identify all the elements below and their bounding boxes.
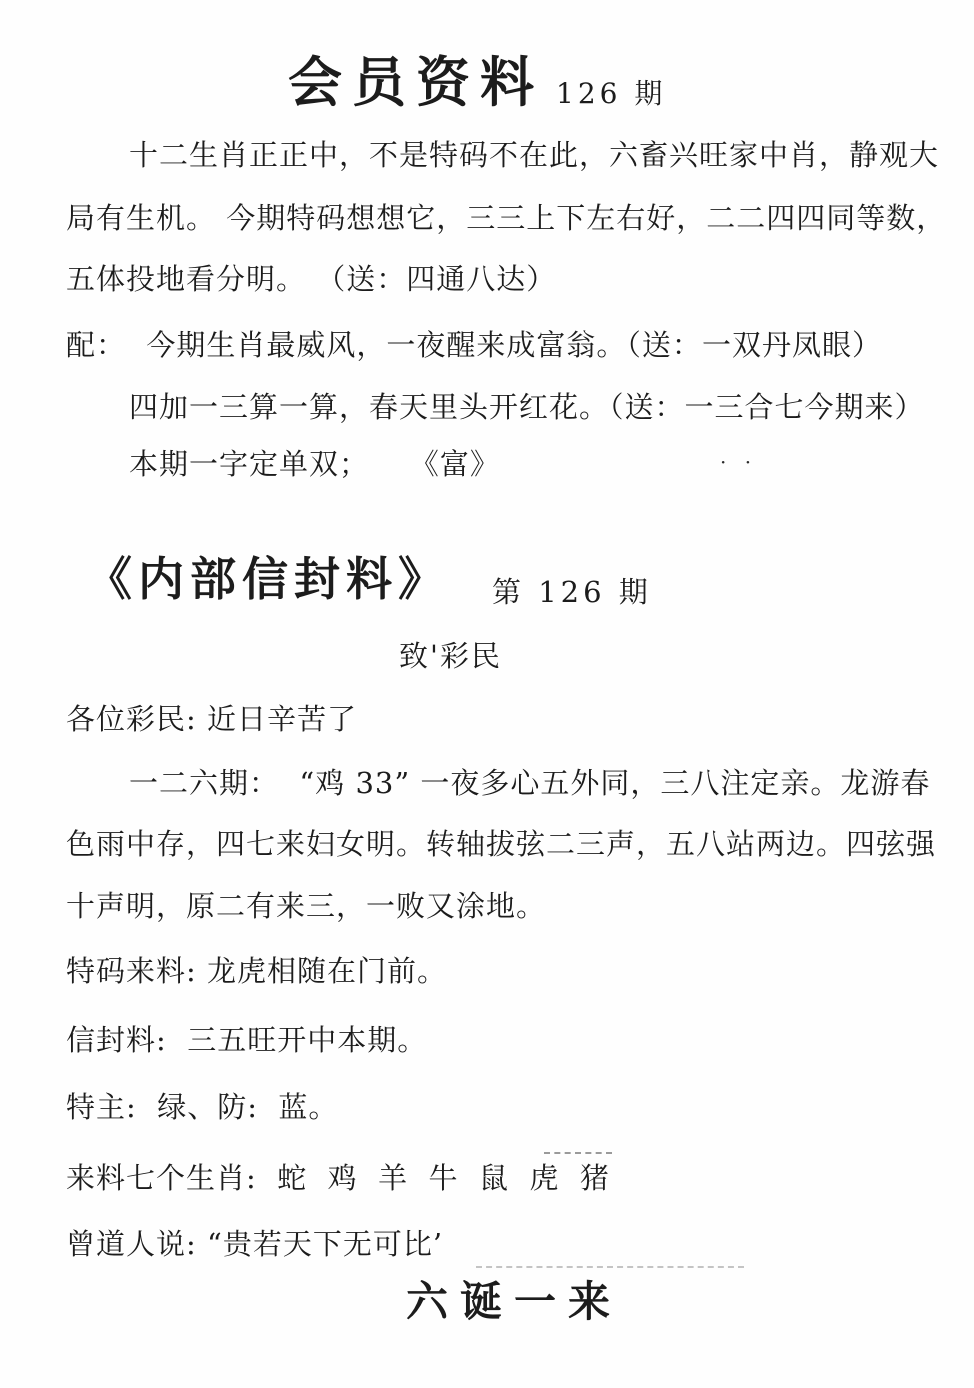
scanned-document-page: 会员资料 126 期 十二生肖正正中，不是特码不在此，六畜兴旺家中肖，静观大 局… [0,0,974,1388]
seven-zodiac-line: 来料七个生肖: 蛇 鸡 羊 牛 鼠 虎 猪 [66,1157,610,1199]
tezhu-line: 特主: 绿、防: 蓝。 [66,1086,338,1128]
footer-title: 六诞一来 [406,1272,622,1332]
envelope-paragraph-line: 十声明，原二有来三，一败又涂地。 [66,885,546,927]
member-info-title: 会员资料 [288,44,544,120]
member-pei-line: 配： 今期生肖最威风，一夜醒来成富翁。（送：一双丹凤眼） [66,324,882,366]
member-paragraph-line: 五体投地看分明。 （送：四通八达） [66,258,556,300]
member-paragraph-line: 十二生肖正正中，不是特码不在此，六畜兴旺家中肖，静观大 [129,134,939,176]
envelope-section-title: 《内部信封料》 [86,546,450,612]
member-dan-shuang-line: 本期一字定单双； 《富》 [129,443,500,485]
greeting-line: 各位彩民: 近日辛苦了 [66,698,357,740]
member-paragraph-line: 局有生机。 今期特码想想它，三三上下左右好，二二四四同等数， [66,197,946,239]
zengdaoren-line: 曾道人说: “贵若天下无可比’ [66,1223,443,1265]
envelope-paragraph-line: 一二六期： “鸡 33” 一夜多心五外同，三八注定亲。龙游春 [129,762,930,804]
xinfengliao-line: 信封料: 三五旺开中本期。 [66,1019,427,1061]
dash-mark-above-zhu [544,1152,612,1154]
member-paragraph-line: 四加一三算一算，春天里头开红花。（送：一三合七今期来） [129,386,925,428]
envelope-issue-number: 第 126 期 [492,570,652,611]
salutation: 致'彩民 [399,636,502,676]
faint-dashed-rule [476,1266,744,1268]
tema-lailiao-line: 特码来料: 龙虎相随在门前。 [66,950,447,992]
ink-dots-mark: · · [720,450,757,474]
member-info-issue-number: 126 期 [556,72,666,112]
envelope-paragraph-line: 色雨中存，四七来妇女明。转轴拔弦二三声，五八站两边。四弦强 [66,823,936,865]
